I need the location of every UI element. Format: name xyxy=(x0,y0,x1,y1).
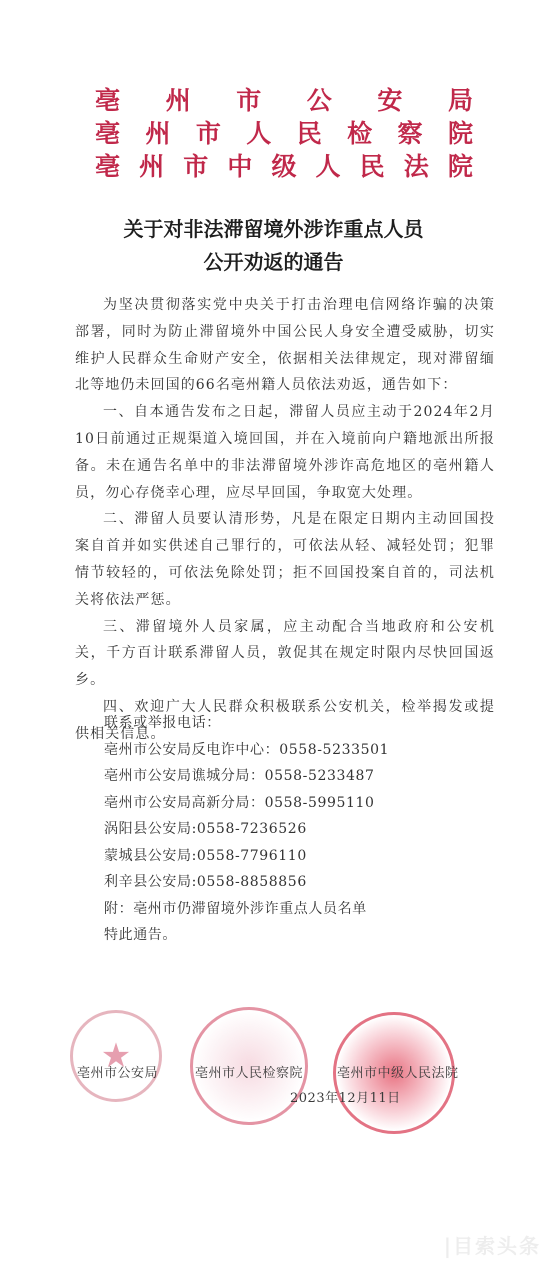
contact-line: 蒙城县公安局:0558-7796110 xyxy=(104,843,389,870)
clause-1: 一、自本通告发布之日起，滞留人员应主动于2024年2月10日前通过正规渠道入境回… xyxy=(75,399,495,506)
issuer-procuratorate: 亳州市人民检察院 xyxy=(95,117,473,150)
intro-paragraph: 为坚决贯彻落实党中央关于打击治理电信网络诈骗的决策部署，同时为防止滞留境外中国公… xyxy=(75,292,495,399)
issuer-police-bureau: 亳州市公安局 xyxy=(95,84,473,117)
clause-2: 二、滞留人员要认清形势，凡是在限定日期内主动回国投案自首并如实供述自己罪行的，可… xyxy=(75,506,495,613)
title-line-1: 关于对非法滞留境外涉诈重点人员 xyxy=(0,213,547,246)
contact-list: 联系或举报电话： 亳州市公安局反电诈中心：0558-5233501 亳州市公安局… xyxy=(104,710,389,949)
contact-line: 亳州市公安局谯城分局：0558-5233487 xyxy=(104,763,389,790)
closing-text: 特此通告。 xyxy=(104,922,389,949)
attachment-note: 附：亳州市仍滞留境外涉诈重点人员名单 xyxy=(104,896,389,923)
contact-line: 利辛县公安局:0558-8858856 xyxy=(104,869,389,896)
document-title: 关于对非法滞留境外涉诈重点人员 公开劝返的通告 xyxy=(0,213,547,279)
contact-heading: 联系或举报电话： xyxy=(104,710,389,737)
title-line-2: 公开劝返的通告 xyxy=(0,246,547,279)
contact-line: 亳州市公安局反电诈中心：0558-5233501 xyxy=(104,737,389,764)
signature-court: 亳州市中级人民法院 xyxy=(337,1062,459,1081)
contact-line: 亳州市公安局高新分局：0558-5995110 xyxy=(104,790,389,817)
police-bureau-seal: ★ xyxy=(70,1010,162,1102)
issuer-court: 亳州市中级人民法院 xyxy=(95,150,473,183)
clause-3: 三、滞留境外人员家属，应主动配合当地政府和公安机关，千方百计联系滞留人员，敦促其… xyxy=(75,614,495,694)
issuing-authorities: 亳州市公安局 亳州市人民检察院 亳州市中级人民法院 xyxy=(95,84,473,183)
signature-procuratorate: 亳州市人民检察院 xyxy=(195,1062,303,1081)
signature-police-bureau: 亳州市公安局 xyxy=(77,1062,158,1081)
notice-body: 为坚决贯彻落实党中央关于打击治理电信网络诈骗的决策部署，同时为防止滞留境外中国公… xyxy=(75,292,495,748)
issue-date: 2023年12月11日 xyxy=(290,1087,401,1106)
contact-line: 涡阳县公安局:0558-7236526 xyxy=(104,816,389,843)
watermark-logo: |目索头条 xyxy=(444,1230,541,1259)
